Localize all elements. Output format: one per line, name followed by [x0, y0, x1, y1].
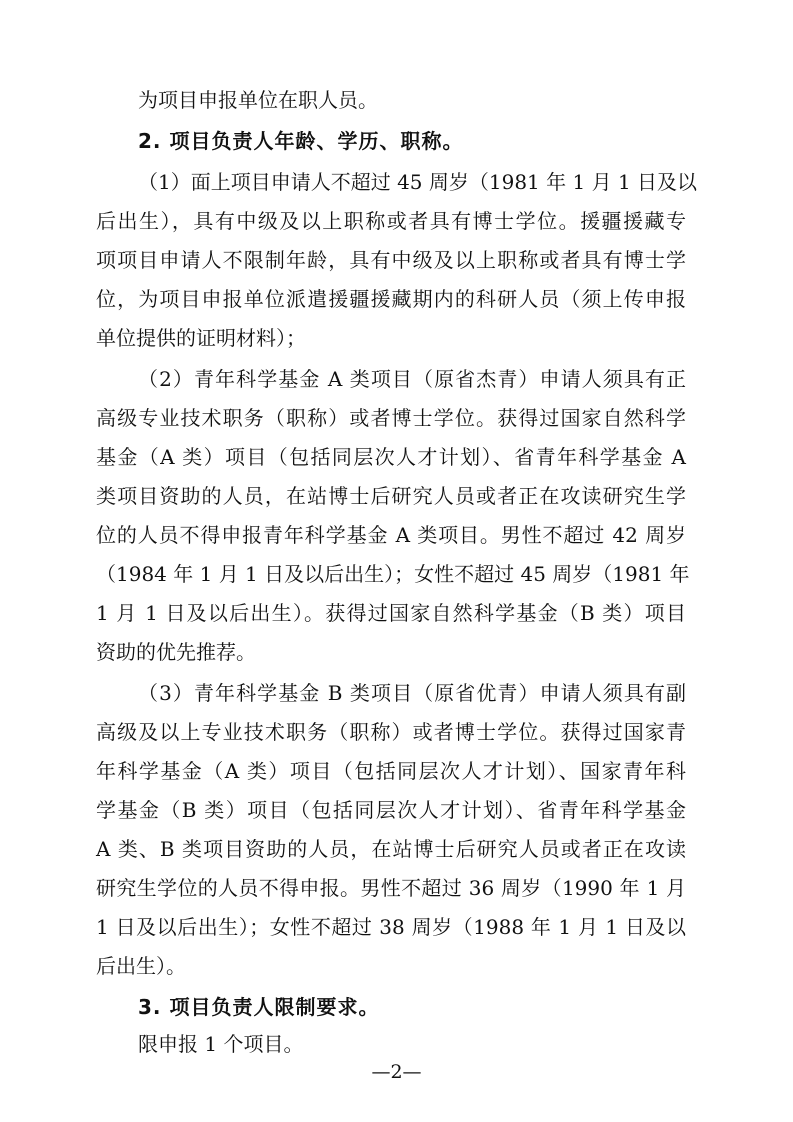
- paragraph-2-line: （2）青年科学基金 A 类项目（原省杰青）申请人须具有正: [138, 361, 686, 398]
- paragraph-3-line: 年科学基金（A 类）项目（包括同层次人才计划）、国家青年科: [96, 753, 686, 790]
- paragraph-2-line: 资助的优先推荐。: [96, 634, 686, 671]
- paragraph-2-line: （1984 年 1 月 1 日及以后出生）；女性不超过 45 周岁（1981 年: [96, 556, 686, 593]
- document-page: 为项目申报单位在职人员。 2. 项目负责人年龄、学历、职称。 （1）面上项目申请…: [0, 0, 793, 1122]
- section-heading-3: 3. 项目负责人限制要求。: [138, 989, 686, 1026]
- section-heading-2: 2. 项目负责人年龄、学历、职称。: [138, 123, 686, 160]
- paragraph-3-line: 学基金（B 类）项目（包括同层次人才计划）、省青年科学基金: [96, 792, 686, 829]
- paragraph-2-line: 1 月 1 日及以后出生）。获得过国家自然科学基金（B 类）项目: [96, 595, 686, 632]
- paragraph-2-line: 位的人员不得申报青年科学基金 A 类项目。男性不超过 42 周岁: [96, 517, 686, 554]
- paragraph-2-line: 类项目资助的人员，在站博士后研究人员或者正在攻读研究生学: [96, 478, 686, 515]
- paragraph-3-line: A 类、B 类项目资助的人员，在站博士后研究人员或者正在攻读: [96, 831, 686, 868]
- paragraph-1-line: 单位提供的证明材料）；: [96, 320, 686, 357]
- paragraph-1-line: 项项目申请人不限制年龄，具有中级及以上职称或者具有博士学: [96, 242, 686, 279]
- paragraph-3-line: （3）青年科学基金 B 类项目（原省优青）申请人须具有副: [138, 675, 686, 712]
- paragraph-1-line: （1）面上项目申请人不超过 45 周岁（1981 年 1 月 1 日及以: [138, 164, 686, 201]
- paragraph-3-line: 1 日及以后出生）；女性不超过 38 周岁（1988 年 1 月 1 日及以: [96, 909, 686, 946]
- paragraph-1-line: 位，为项目申报单位派遣援疆援藏期内的科研人员（须上传申报: [96, 281, 686, 318]
- paragraph-2-line: 高级专业技术职务（职称）或者博士学位。获得过国家自然科学: [96, 400, 686, 437]
- paragraph-3-line: 后出生）。: [96, 948, 686, 985]
- paragraph-1-line: 后出生），具有中级及以上职称或者具有博士学位。援疆援藏专: [96, 203, 686, 240]
- paragraph-continuation: 为项目申报单位在职人员。: [138, 82, 686, 119]
- paragraph-3-line: 研究生学位的人员不得申报。男性不超过 36 周岁（1990 年 1 月: [96, 870, 686, 907]
- page-number: —2—: [0, 1058, 793, 1086]
- paragraph-3-line: 高级及以上专业技术职务（职称）或者博士学位。获得过国家青: [96, 714, 686, 751]
- paragraph-2-line: 基金（A 类）项目（包括同层次人才计划）、省青年科学基金 A: [96, 439, 686, 476]
